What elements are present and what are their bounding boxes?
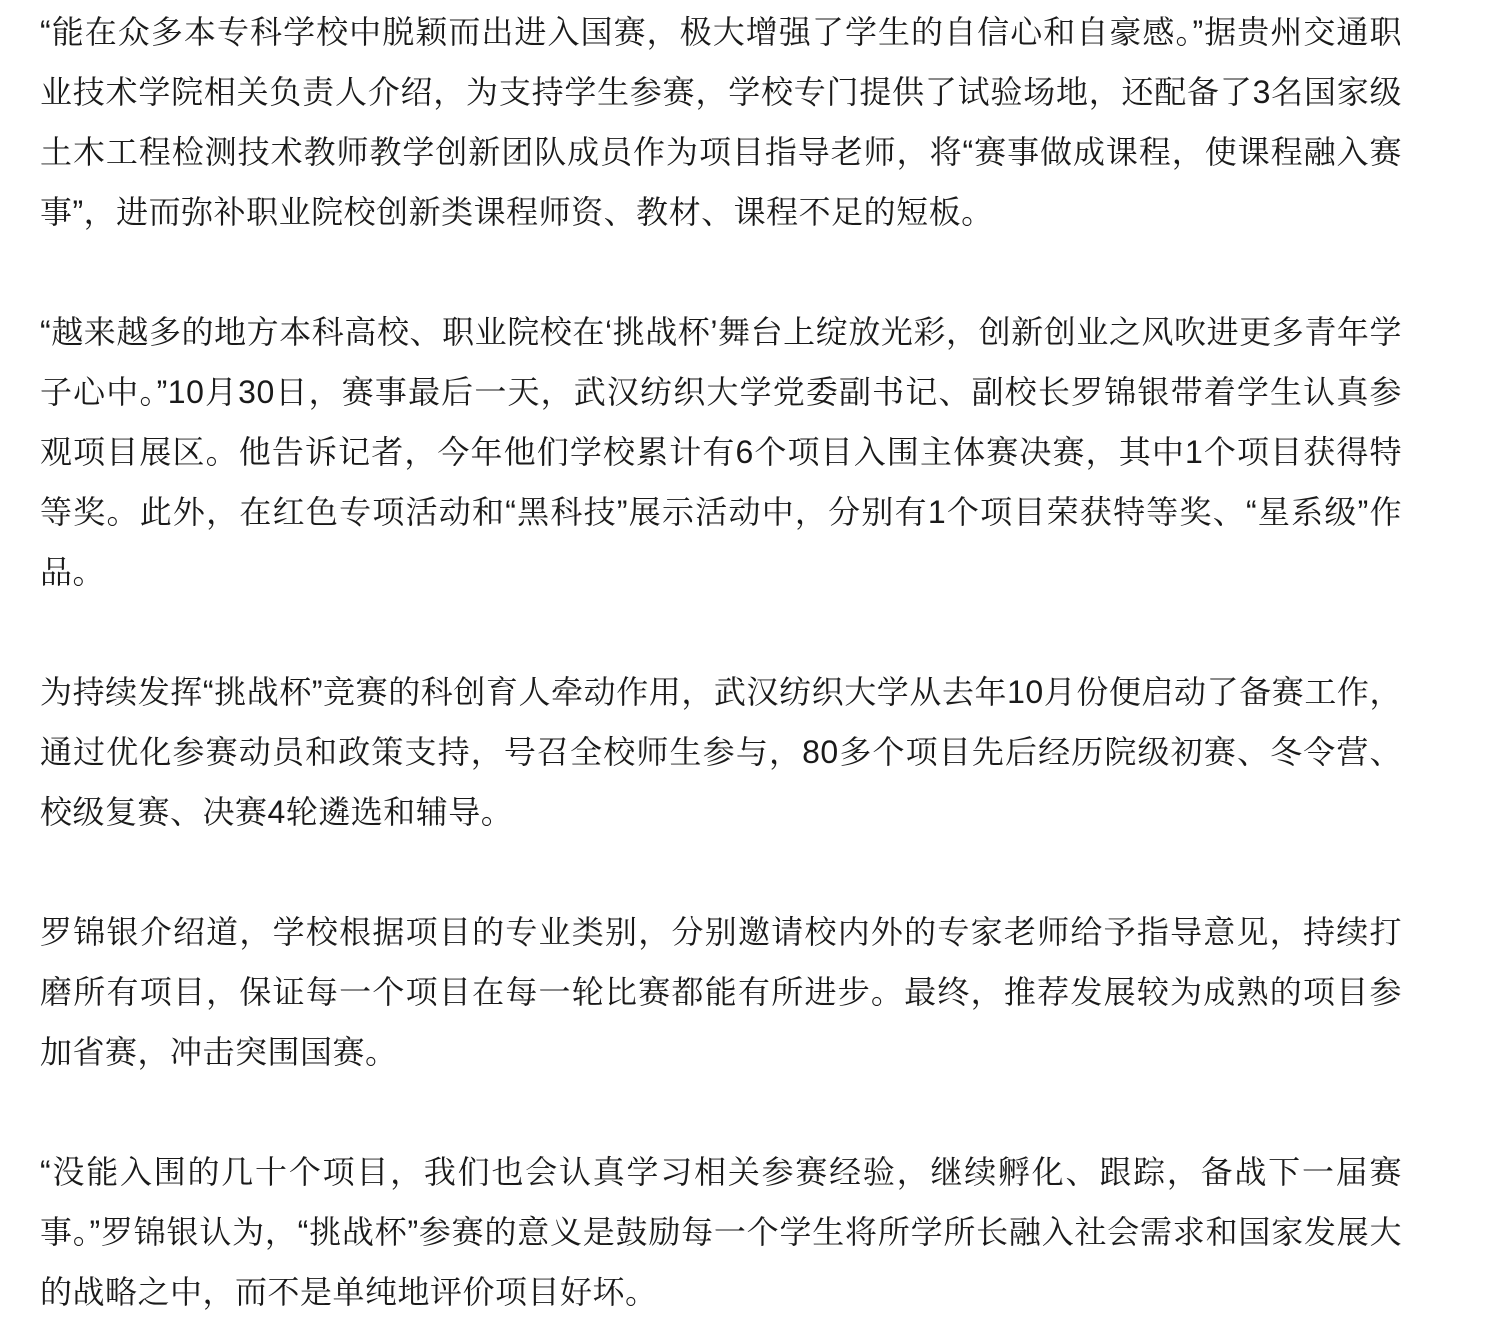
article-body: “能在众多本专科学校中脱颖而出进入国赛，极大增强了学生的自信心和自豪感。”据贵州… xyxy=(40,0,1402,1322)
article-paragraph-3: 为持续发挥“挑战杯”竞赛的科创育人牵动作用，武汉纺织大学从去年10月份便启动了备… xyxy=(40,662,1402,842)
article-paragraph-4: 罗锦银介绍道，学校根据项目的专业类别，分别邀请校内外的专家老师给予指导意见，持续… xyxy=(40,902,1402,1082)
article-paragraph-2: “越来越多的地方本科高校、职业院校在‘挑战杯’舞台上绽放光彩，创新创业之风吹进更… xyxy=(40,302,1402,602)
article-page: “能在众多本专科学校中脱颖而出进入国赛，极大增强了学生的自信心和自豪感。”据贵州… xyxy=(0,0,1488,1322)
article-paragraph-1: “能在众多本专科学校中脱颖而出进入国赛，极大增强了学生的自信心和自豪感。”据贵州… xyxy=(40,2,1402,242)
article-paragraph-5: “没能入围的几十个项目，我们也会认真学习相关参赛经验，继续孵化、跟踪，备战下一届… xyxy=(40,1142,1402,1322)
